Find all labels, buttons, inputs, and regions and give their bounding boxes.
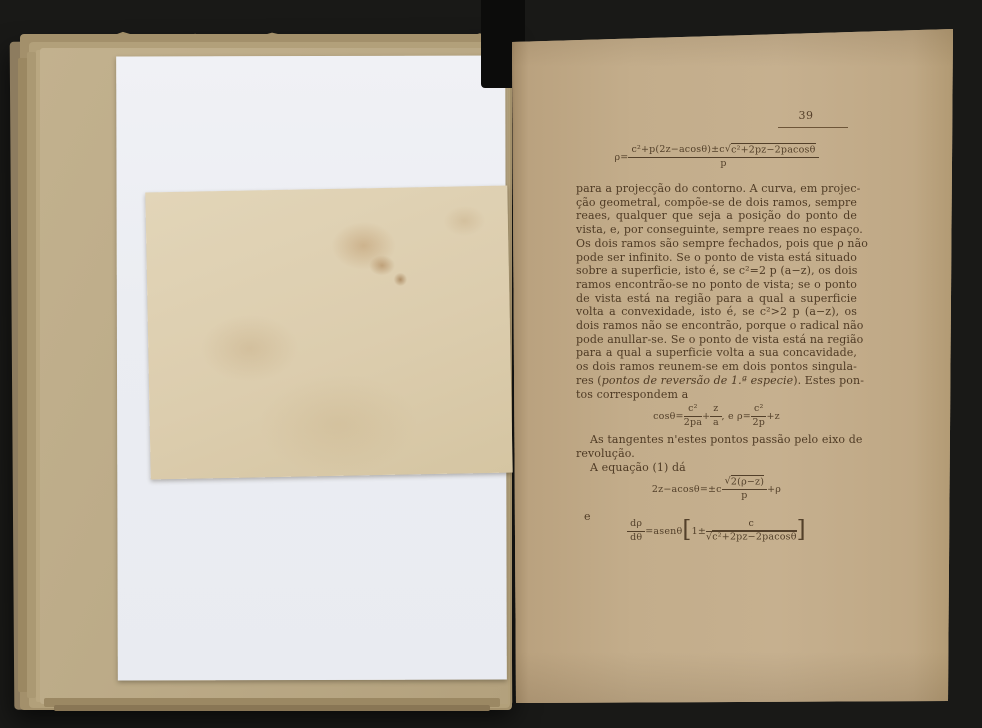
stained-paper [145,186,512,480]
paragraph-line: pode ser infinito. Se o ponto de vista e… [576,251,857,265]
formula-derivative: dρdθ=asenθ[1±c√c²+2pz−2pacosθ] [576,519,857,544]
paragraph-line: res (pontos de reversão de 1.ª especie).… [576,374,857,388]
left-bracket: [ [682,517,691,543]
paragraph-line: de vista está na região para a qual a su… [576,292,857,306]
paragraph-line: reaes, qualquer que seja a posição do po… [576,209,857,223]
paragraph-line: ramos encontrão-se no ponto de vista; se… [576,278,857,292]
paragraph-line: vista, e, por conseguinte, sempre reaes … [576,223,857,237]
right-page: 39 ρ=c²+p(2z−acosθ)±c√c²+2pz−2pacosθp pa… [506,26,958,706]
italic-term: pontos de reversão de 1.ª especie [602,374,794,387]
formula-cusp-conditions: cosθ=c²2pa+za, e ρ=c²2p+z [576,404,857,429]
paragraph-line: para a projecção do contorno. A curva, e… [576,182,857,196]
paragraph-line: A equação (1) dá [576,461,857,475]
paragraph-line: pode anullar-se. Se o ponto de vista est… [576,333,857,347]
book-scan: 39 ρ=c²+p(2z−acosθ)±c√c²+2pz−2pacosθp pa… [0,0,982,728]
radical-sign: √ [706,532,712,543]
page-number: 39 [770,109,842,122]
radical-sign: √ [725,477,731,488]
paragraph-line: para a qual a superficie volta a sua con… [576,346,857,360]
paragraph-line: dois ramos não se encontrão, porque o ra… [576,319,857,333]
right-bracket: ] [797,517,806,543]
radical-sign: √ [725,145,731,156]
paragraph-line: revolução. [576,447,857,461]
paragraph-line: sobre a superficie, isto é, se c²=2 p (a… [576,264,857,278]
paragraph-line: As tangentes n'estes pontos passão pelo … [576,433,857,447]
body-paragraph: para a projecção do contorno. A curva, e… [576,182,857,401]
body-paragraph-2: As tangentes n'estes pontos passão pelo … [576,433,857,475]
page-number-rule [778,127,848,128]
paragraph-line: ção geometral, compõe-se de dois ramos, … [576,196,857,210]
paragraph-line: tos correspondem a [576,388,857,402]
formula-equation-1: 2z−acosθ=±c√2(ρ−z)p+ρ [576,477,857,502]
page-edge [27,52,36,698]
paragraph-line: os dois ramos reunem-se em dois pontos s… [576,360,857,374]
formula-contour-projection: ρ=c²+p(2z−acosθ)±c√c²+2pz−2pacosθp [576,145,857,170]
paragraph-line: Os dois ramos são sempre fechados, pois … [576,237,857,251]
formula-lhs: ρ= [615,152,629,163]
page-bottom-edge [54,705,490,711]
paragraph-line: volta a convexidade, isto é, se c²>2 p (… [576,305,857,319]
